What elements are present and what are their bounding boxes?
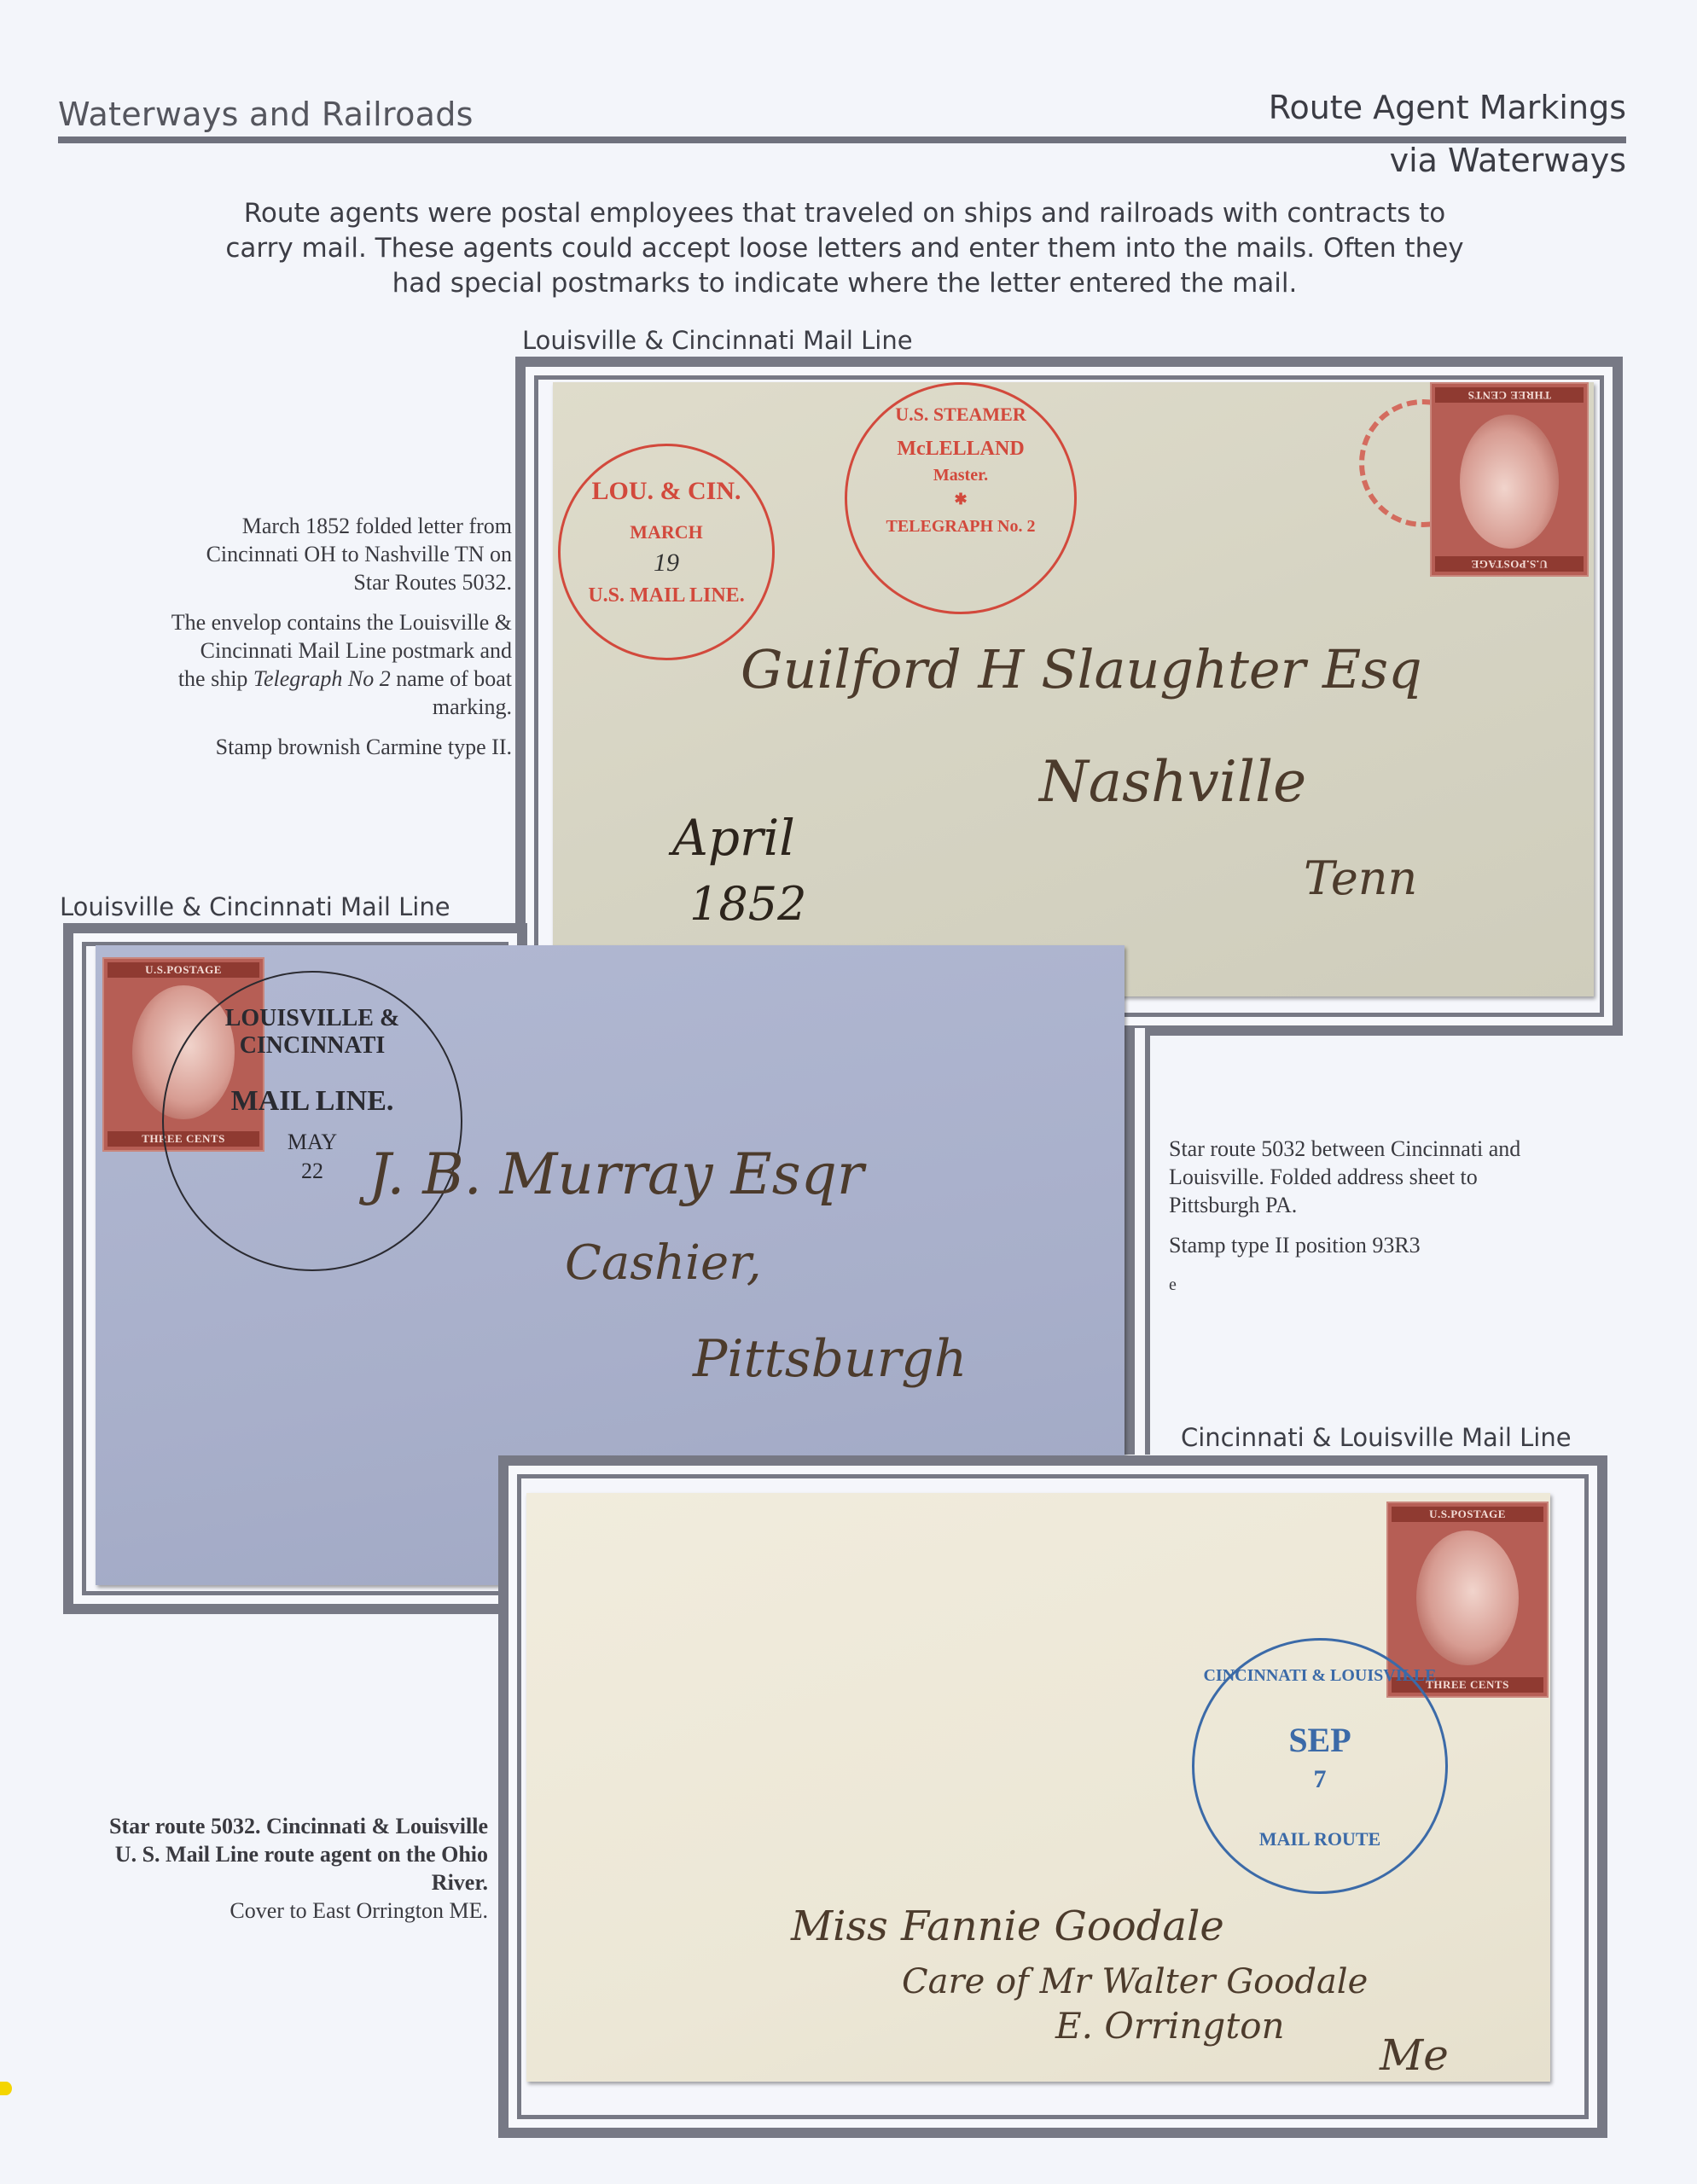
address-line: E. Orrington <box>1055 2005 1285 2047</box>
address-line: Cashier, <box>565 1235 762 1291</box>
cover-1: LOU. & CIN. MARCH 19 U.S. MAIL LINE. U.S… <box>553 382 1594 996</box>
caption-paragraph: Stamp brownish Carmine type II. <box>171 733 512 761</box>
docket-line: April <box>672 809 795 867</box>
exhibit-2-title: Louisville & Cincinnati Mail Line <box>60 892 450 921</box>
yellow-marker <box>0 2082 12 2095</box>
postmark-steamer-telegraph: U.S. STEAMER McLELLAND Master. ✱ TELEGRA… <box>845 382 1077 614</box>
caption-paragraph: Stamp type II position 93R3 <box>1169 1231 1527 1259</box>
docket-line: 1852 <box>689 877 806 931</box>
cover-3: U.S.POSTAGE THREE CENTS CINCINNATI & LOU… <box>526 1493 1550 2082</box>
caption-paragraph: Star route 5032 between Cincinnati and L… <box>1169 1135 1527 1219</box>
address-line: Tenn <box>1304 851 1417 905</box>
caption-paragraph: Star route 5032. Cincinnati & Louisville… <box>85 1812 488 1896</box>
stamp-three-cents: U.S.POSTAGE THREE CENTS <box>1430 382 1589 577</box>
address-line: Nashville <box>1039 749 1306 815</box>
address-line: Me <box>1380 2030 1449 2080</box>
section-title: Waterways and Railroads <box>58 96 474 133</box>
address-line: Care of Mr Walter Goodale <box>902 1962 1368 2001</box>
page-subtitle: via Waterways <box>1390 142 1626 179</box>
address-line: Miss Fannie Goodale <box>791 1902 1224 1950</box>
address-line: Guilford H Slaughter Esq <box>741 638 1422 700</box>
postmark-lou-cin: LOU. & CIN. MARCH 19 U.S. MAIL LINE. <box>558 444 775 660</box>
exhibit-2-caption: Star route 5032 between Cincinnati and L… <box>1169 1135 1527 1311</box>
exhibit-1-caption: March 1852 folded letter from Cincinnati… <box>171 512 512 773</box>
page-title: Route Agent Markings <box>1269 89 1626 126</box>
ship-name: Telegraph No 2 <box>253 666 391 691</box>
intro-text: Route agents were postal employees that … <box>222 196 1467 301</box>
address-line: Pittsburgh <box>693 1329 967 1389</box>
postmark-louisville-cincinnati: LOUISVILLE & CINCINNATI MAIL LINE. MAY 2… <box>162 971 462 1271</box>
exhibit-2-frame-right <box>1125 1028 1150 1455</box>
caption-paragraph: March 1852 folded letter from Cincinnati… <box>171 512 512 596</box>
address-line: J. B. Murray Esqr <box>369 1141 863 1207</box>
postmark-cincinnati-louisville: CINCINNATI & LOUISVILLE SEP 7 MAIL ROUTE <box>1192 1638 1448 1894</box>
exhibit-1-title: Louisville & Cincinnati Mail Line <box>522 326 913 355</box>
caption-paragraph: Cover to East Orrington ME. <box>85 1896 488 1925</box>
exhibit-3-title: Cincinnati & Louisville Mail Line <box>1181 1423 1572 1452</box>
caption-paragraph: The envelop contains the Louisville & Ci… <box>171 608 512 721</box>
exhibit-3-caption: Star route 5032. Cincinnati & Louisville… <box>85 1812 488 1925</box>
caption-paragraph: e <box>1169 1271 1527 1299</box>
